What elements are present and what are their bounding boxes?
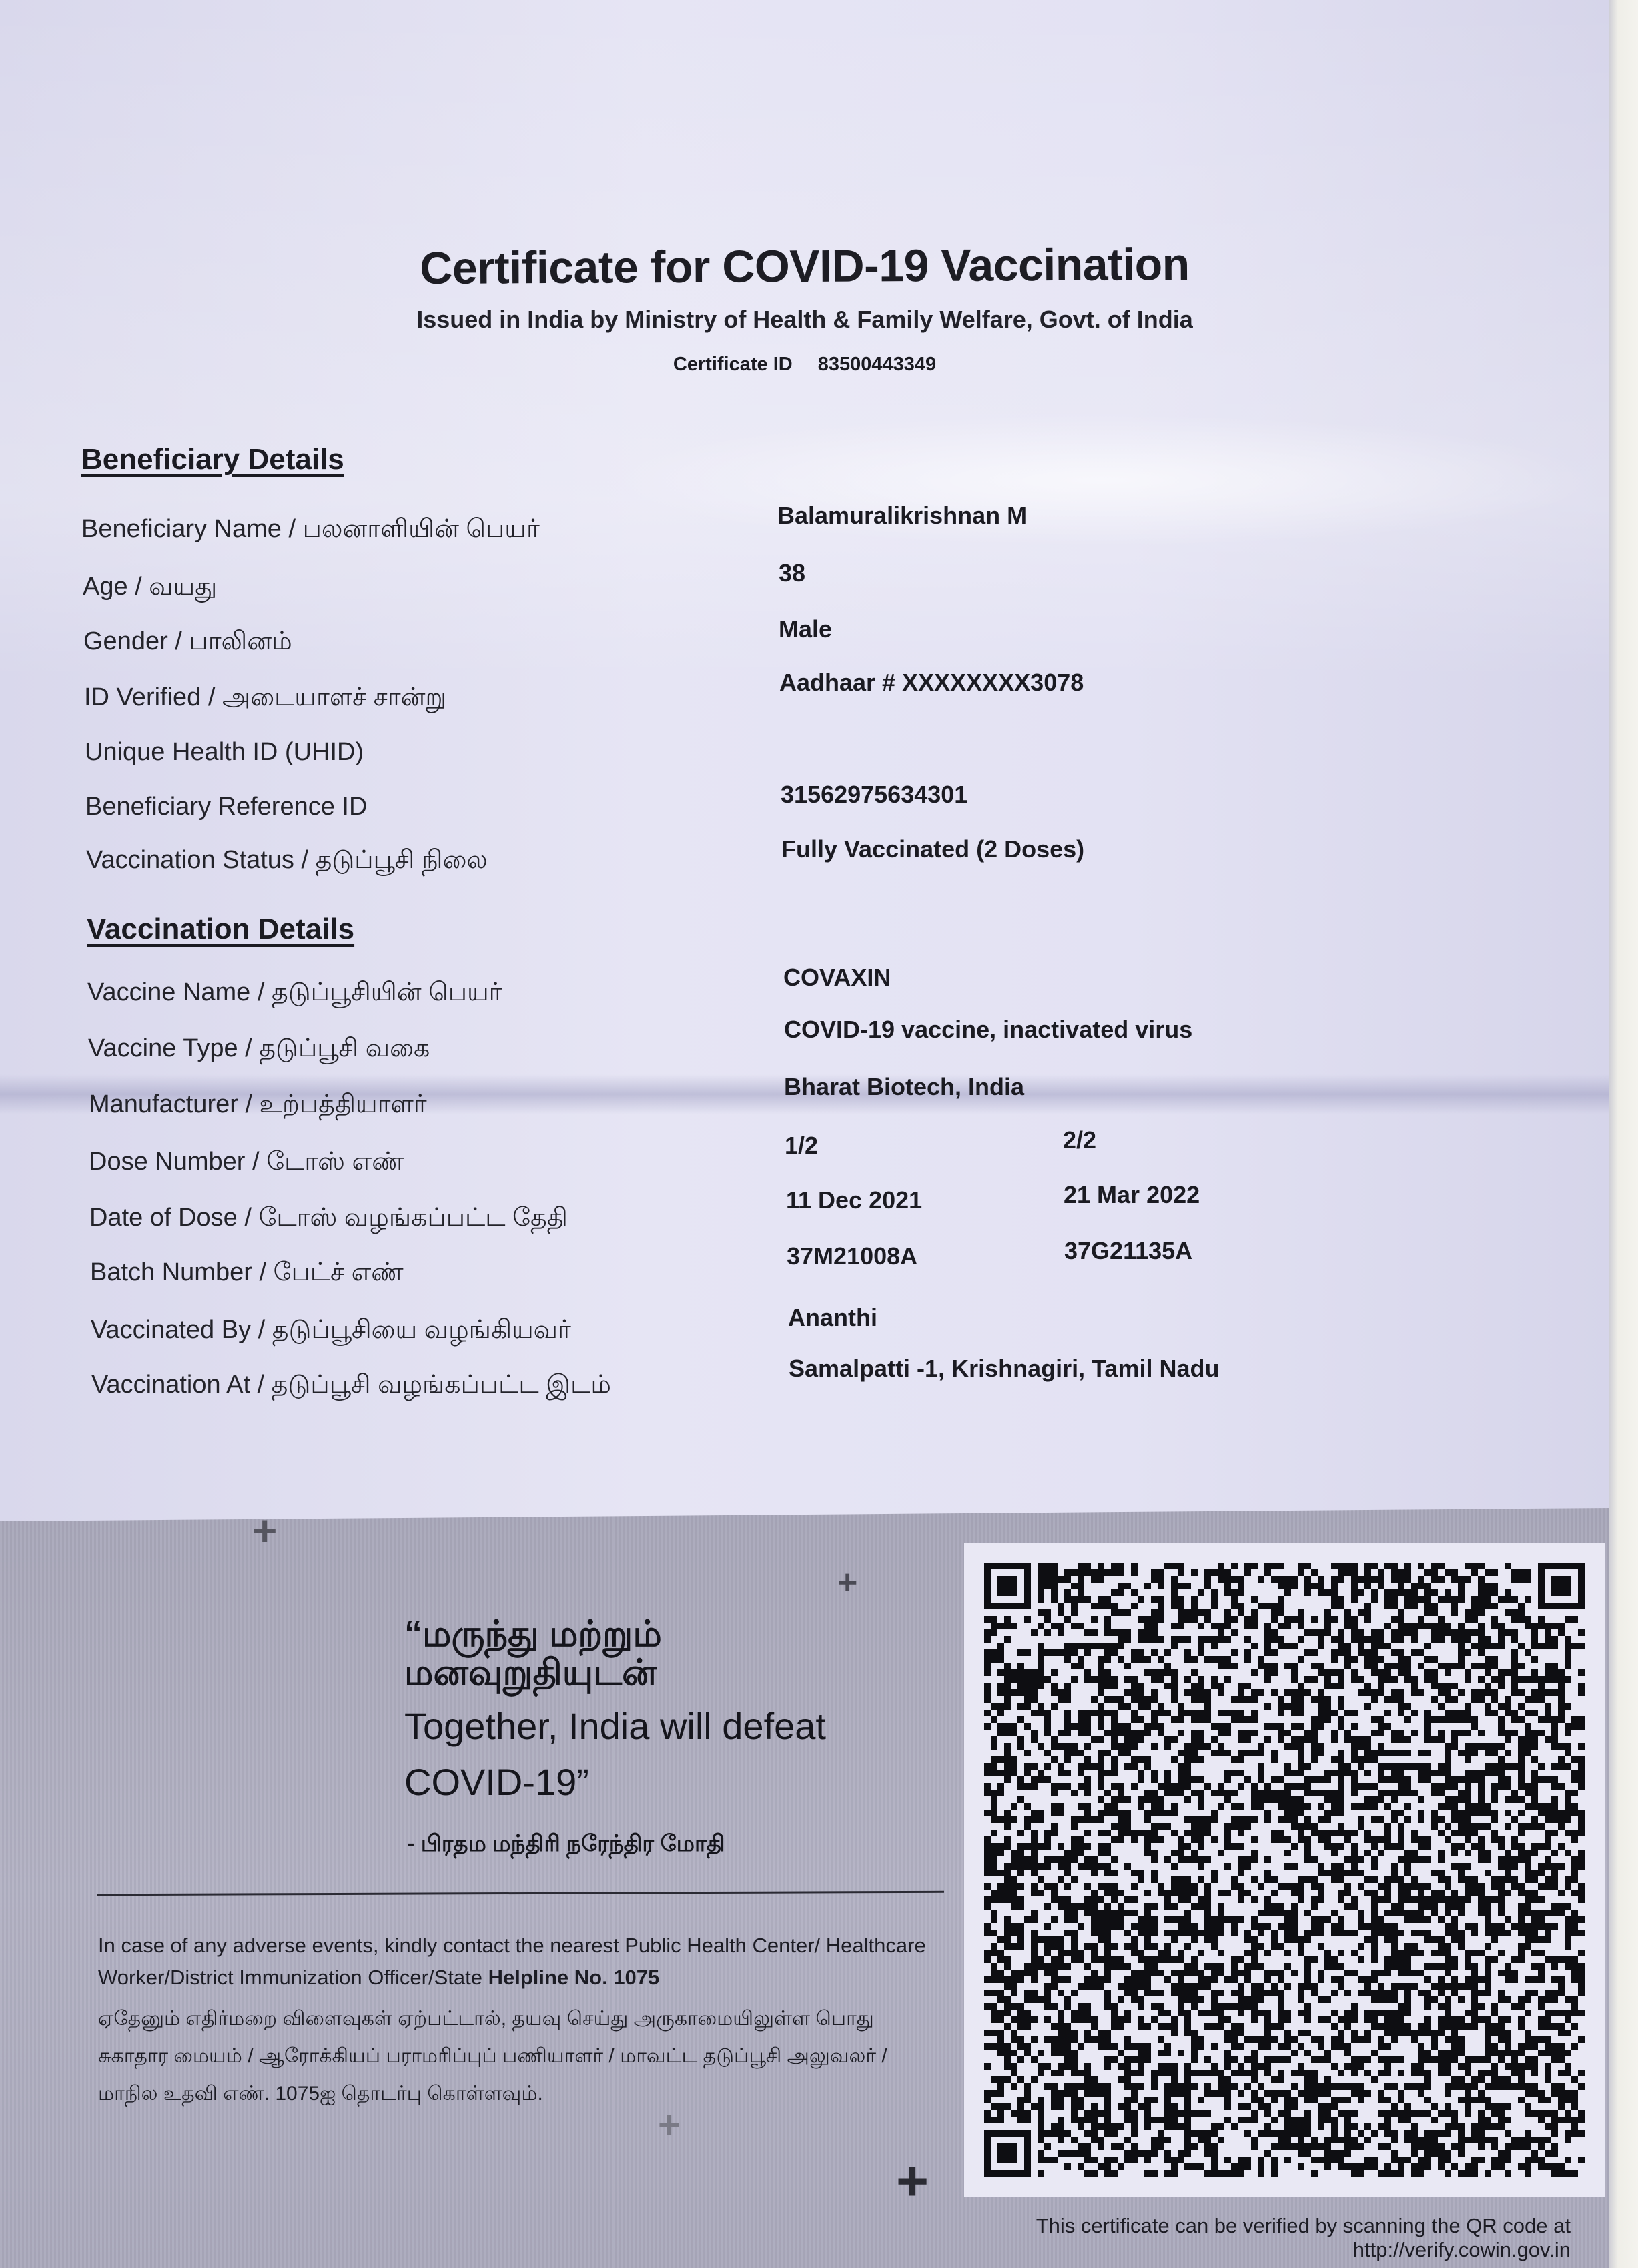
beneficiary-name-label: Beneficiary Name / பலனாளியின் பெயர் (81, 515, 540, 547)
age-label: Age / வயது (83, 573, 217, 605)
vaccinated-by-value: Ananthi (788, 1304, 877, 1332)
helpline-number: Helpline No. 1075 (488, 1966, 660, 1989)
quote-tamil-line-1: “மருந்து மற்றும் (404, 1615, 662, 1653)
id-verified-value: Aadhaar # XXXXXXXX3078 (779, 669, 1084, 697)
plus-decoration-icon: + (252, 1509, 277, 1552)
vaccination-status-value: Fully Vaccinated (2 Doses) (781, 835, 1084, 863)
vaccination-details-heading: Vaccination Details (87, 913, 354, 946)
issuer-subtitle: Issued in India by Ministry of Health & … (0, 306, 1609, 334)
dose-1-number: 1/2 (785, 1132, 818, 1160)
scan-glare (600, 414, 1601, 547)
beneficiary-reference-id-label: Beneficiary Reference ID (85, 793, 367, 821)
quote-tamil-line-2: மனவுறுதியுடன் (404, 1653, 662, 1692)
dose-1-batch: 37M21008A (787, 1242, 917, 1270)
certificate-id-label: Certificate ID (673, 354, 793, 375)
manufacturer-label: Manufacturer / உற்பத்தியாளர் (89, 1090, 427, 1122)
vaccination-at-label: Vaccination At / தடுப்பூசி வழங்கப்பட்ட இ… (91, 1371, 611, 1403)
page-title: Certificate for COVID-19 Vaccination (0, 236, 1609, 297)
dose-1-date: 11 Dec 2021 (786, 1186, 922, 1214)
quote-english-line-1: Together, India will defeat (404, 1698, 826, 1754)
certificate-page: Certificate for COVID-19 Vaccination Iss… (0, 0, 1609, 2268)
verification-text: This certificate can be verified by scan… (1036, 2214, 1571, 2238)
gender-label: Gender / பாலினம் (83, 627, 292, 659)
manufacturer-value: Bharat Biotech, India (784, 1073, 1024, 1101)
vaccine-type-label: Vaccine Type / தடுப்பூசி வகை (88, 1034, 430, 1066)
gender-value: Male (779, 615, 832, 643)
vaccine-name-value: COVAXIN (783, 964, 891, 992)
certificate-header: Certificate for COVID-19 Vaccination Iss… (0, 240, 1609, 376)
id-verified-label: ID Verified / அடையாளச் சான்று (84, 683, 446, 715)
certificate-id-value: 83500443349 (818, 354, 936, 375)
quote-english: Together, India will defeat COVID-19” (404, 1698, 826, 1810)
date-of-dose-label: Date of Dose / டோஸ் வழங்கப்பட்ட தேதி (89, 1204, 568, 1236)
vaccine-type-value: COVID-19 vaccine, inactivated virus (784, 1016, 1192, 1044)
dose-2-date: 21 Mar 2022 (1064, 1181, 1200, 1209)
quote-attribution: - பிரதம மந்திரி நரேந்திர மோதி (407, 1831, 725, 1860)
quote-english-line-2: COVID-19” (404, 1754, 826, 1810)
adverse-events-notice-english: In case of any adverse events, kindly co… (98, 1930, 939, 1994)
qr-code-icon[interactable] (984, 1563, 1585, 2177)
adverse-events-notice-tamil: ஏதேனும் எதிர்மறை விளைவுகள் ஏற்பட்டால், த… (98, 2000, 939, 2113)
dose-number-label: Dose Number / டோஸ் எண் (89, 1148, 404, 1180)
dose-2-batch: 37G21135A (1064, 1237, 1192, 1265)
quote-tamil: “மருந்து மற்றும் மனவுறுதியுடன் (404, 1615, 662, 1692)
age-value: 38 (779, 559, 805, 587)
batch-number-label: Batch Number / பேட்ச் எண் (90, 1258, 404, 1290)
verification-note: This certificate can be verified by scan… (1036, 2214, 1571, 2262)
plus-decoration-icon: + (896, 2153, 929, 2209)
vaccination-status-label: Vaccination Status / தடுப்பூசி நிலை (86, 846, 488, 878)
beneficiary-reference-id-value: 31562975634301 (781, 781, 967, 809)
uhid-label: Unique Health ID (UHID) (85, 738, 364, 767)
beneficiary-name-value: Balamuralikrishnan M (777, 502, 1027, 530)
qr-code-panel (964, 1543, 1605, 2197)
vaccine-name-label: Vaccine Name / தடுப்பூசியின் பெயர் (87, 978, 502, 1010)
scanner-edge (1609, 0, 1638, 2268)
verification-url[interactable]: http://verify.cowin.gov.in (1036, 2238, 1571, 2262)
dose-2-number: 2/2 (1063, 1126, 1096, 1154)
plus-decoration-icon: + (837, 1565, 857, 1600)
beneficiary-details-heading: Beneficiary Details (81, 443, 344, 476)
vaccination-at-value: Samalpatti -1, Krishnagiri, Tamil Nadu (789, 1355, 1219, 1383)
certificate-id-row: Certificate ID 83500443349 (0, 354, 1609, 376)
vaccinated-by-label: Vaccinated By / தடுப்பூசியை வழங்கியவர் (91, 1316, 571, 1348)
